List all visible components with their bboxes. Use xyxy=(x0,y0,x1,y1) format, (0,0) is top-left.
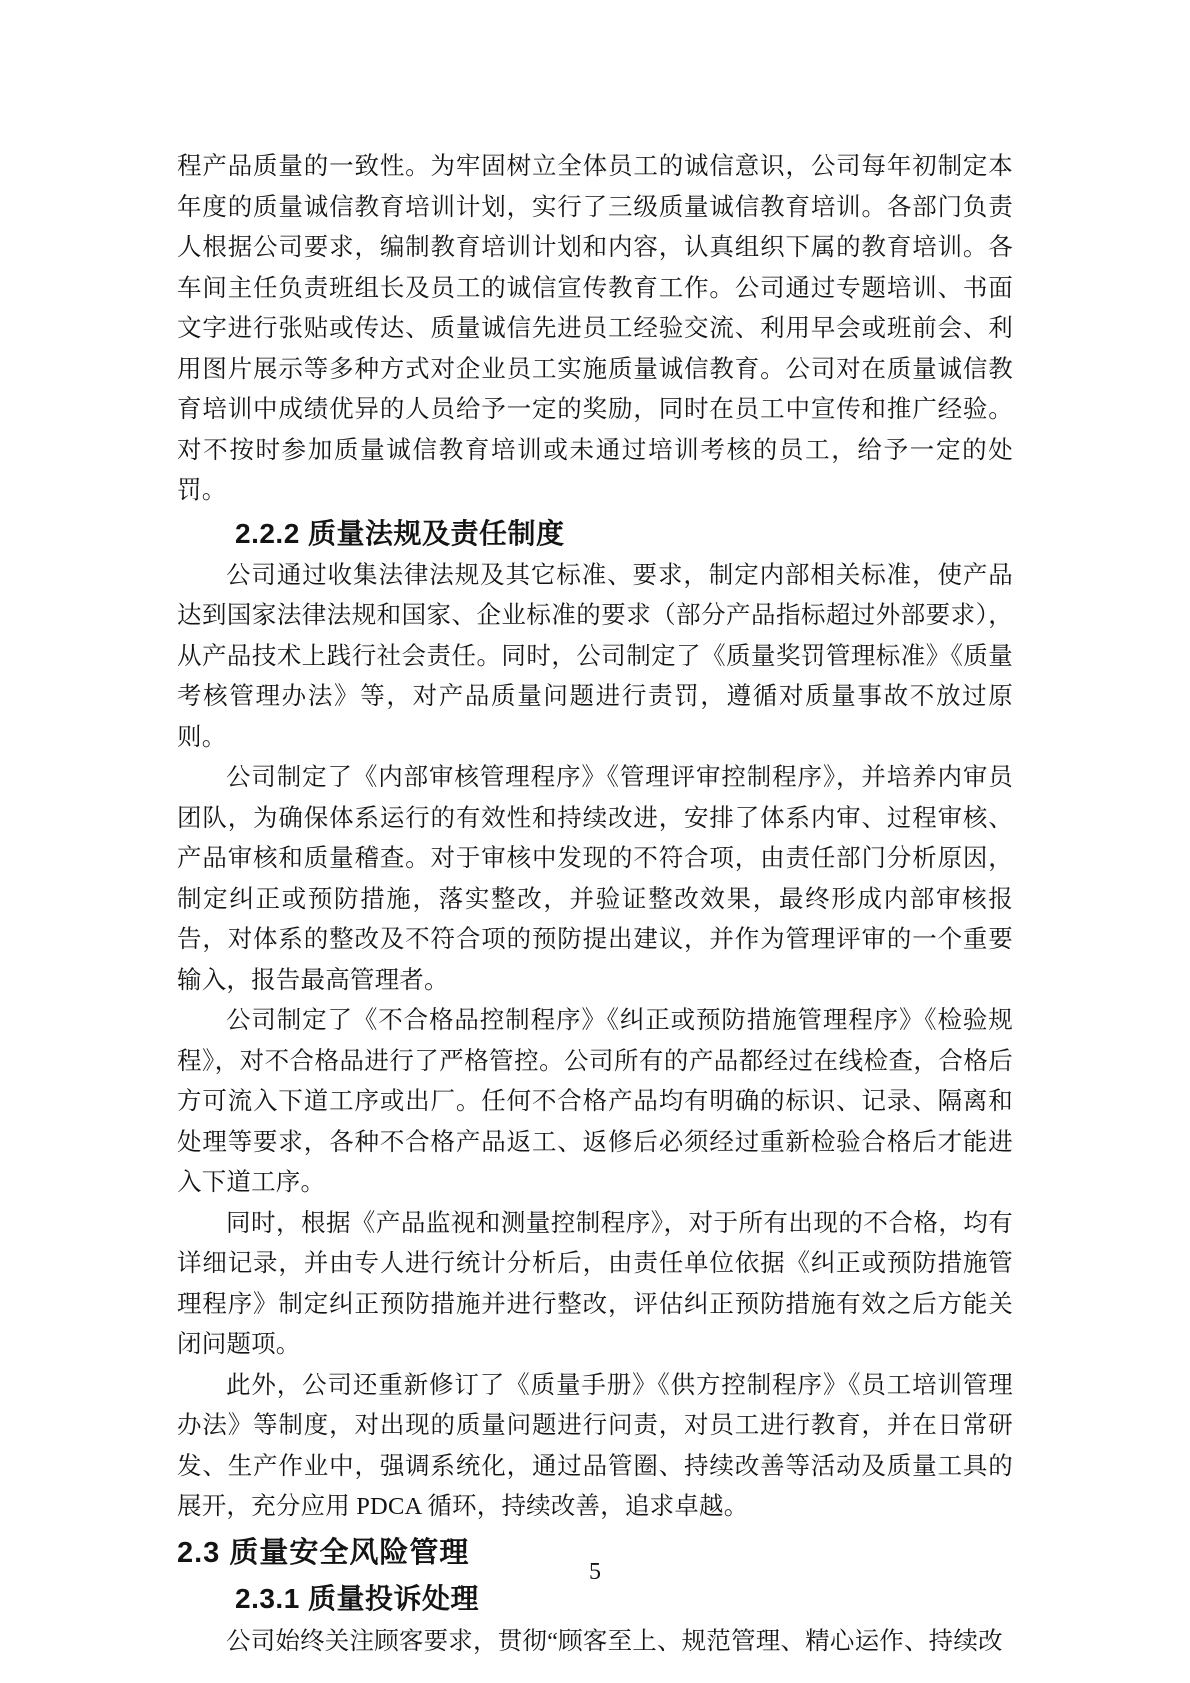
paragraph-system-revision: 此外，公司还重新修订了《质量手册》《供方控制程序》《员工培训管理办法》等制度，对… xyxy=(177,1366,1013,1528)
page-content: 程产品质量的一致性。为牢固树立全体员工的诚信意识，公司每年初制定本年度的质量诚信… xyxy=(177,147,1013,1662)
page-number: 5 xyxy=(0,1558,1190,1586)
paragraph-internal-audit: 公司制定了《内部审核管理程序》《管理评审控制程序》，并培养内审员团队，为确保体系… xyxy=(177,758,1013,1001)
paragraph-laws-standards: 公司通过收集法律法规及其它标准、要求，制定内部相关标准，使产品达到国家法律法规和… xyxy=(177,556,1013,759)
paragraph-monitoring-measurement: 同时，根据《产品监视和测量控制程序》，对于所有出现的不合格，均有详细记录，并由专… xyxy=(177,1204,1013,1366)
paragraph-nonconforming-control: 公司制定了《不合格品控制程序》《纠正或预防措施管理程序》《检验规程》，对不合格品… xyxy=(177,1001,1013,1204)
paragraph-continuation: 程产品质量的一致性。为牢固树立全体员工的诚信意识，公司每年初制定本年度的质量诚信… xyxy=(177,147,1013,512)
paragraph-customer-complaint: 公司始终关注顾客要求，贯彻“顾客至上、规范管理、精心运作、持续改 xyxy=(177,1622,1013,1663)
document-page: 程产品质量的一致性。为牢固树立全体员工的诚信意识，公司每年初制定本年度的质量诚信… xyxy=(0,0,1190,1683)
section-heading-2-2-2: 2.2.2 质量法规及责任制度 xyxy=(177,512,1013,556)
